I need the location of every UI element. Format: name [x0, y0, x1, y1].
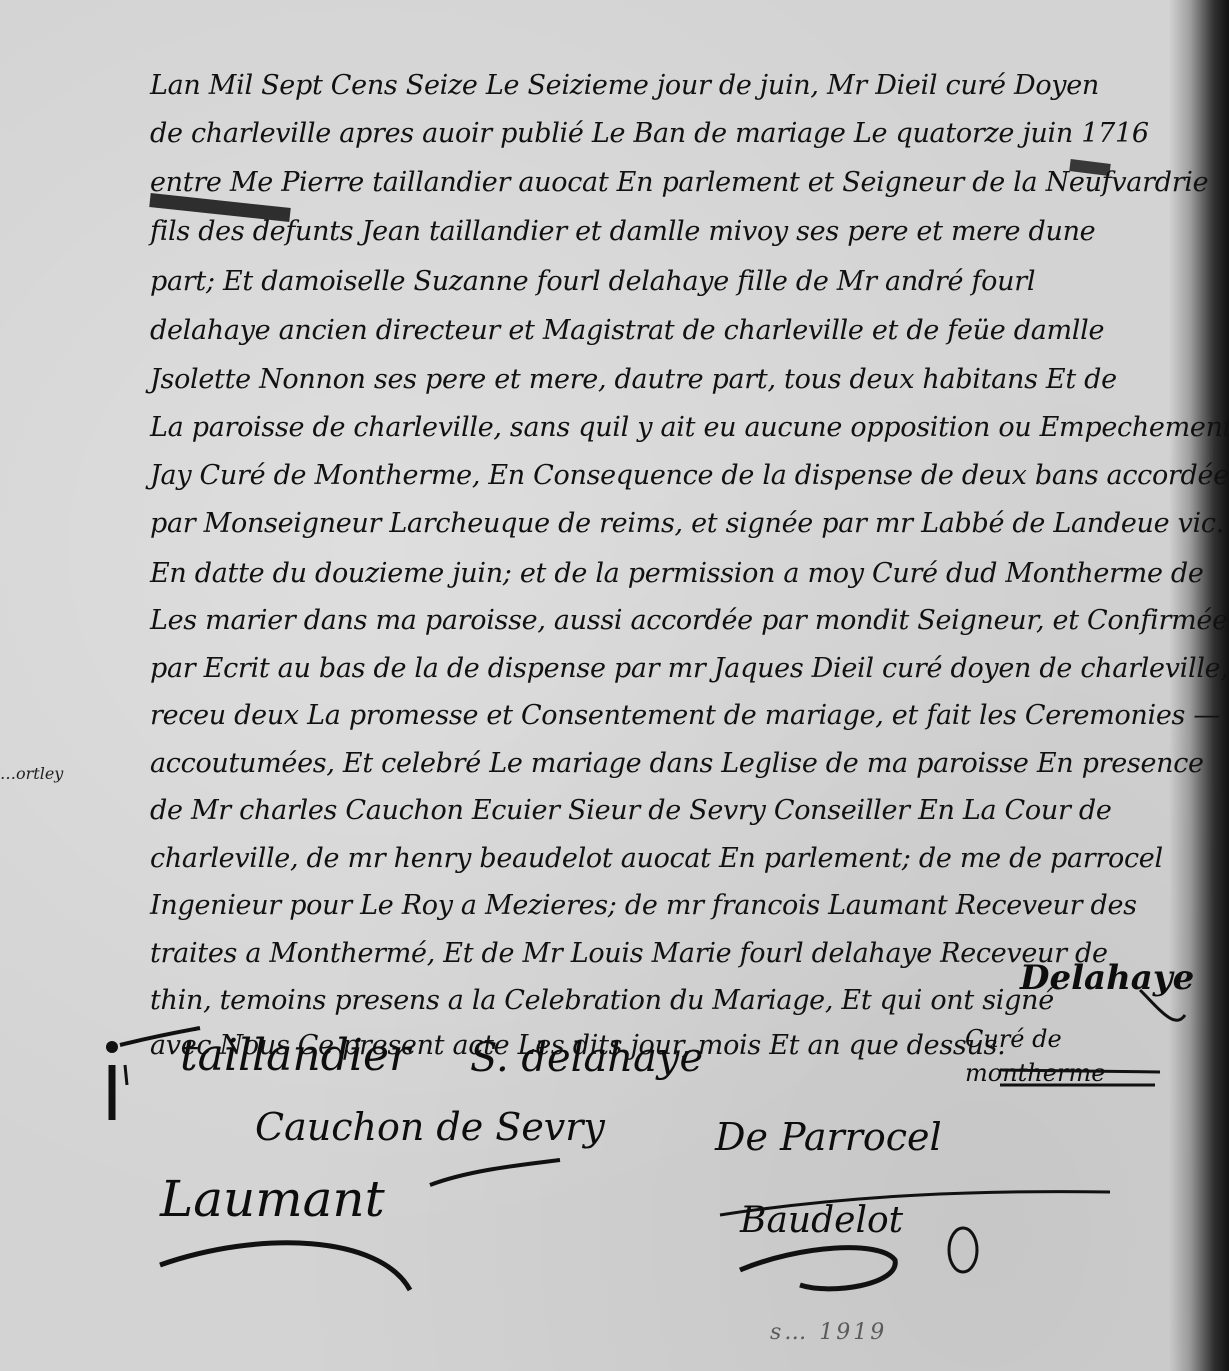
signature-flourishes [0, 0, 1229, 1371]
faint-bottom-text: s… 1919 [770, 1320, 887, 1345]
register-page: …ortley Lan Mil Sept Cens Seize Le Seizi… [0, 0, 1229, 1371]
